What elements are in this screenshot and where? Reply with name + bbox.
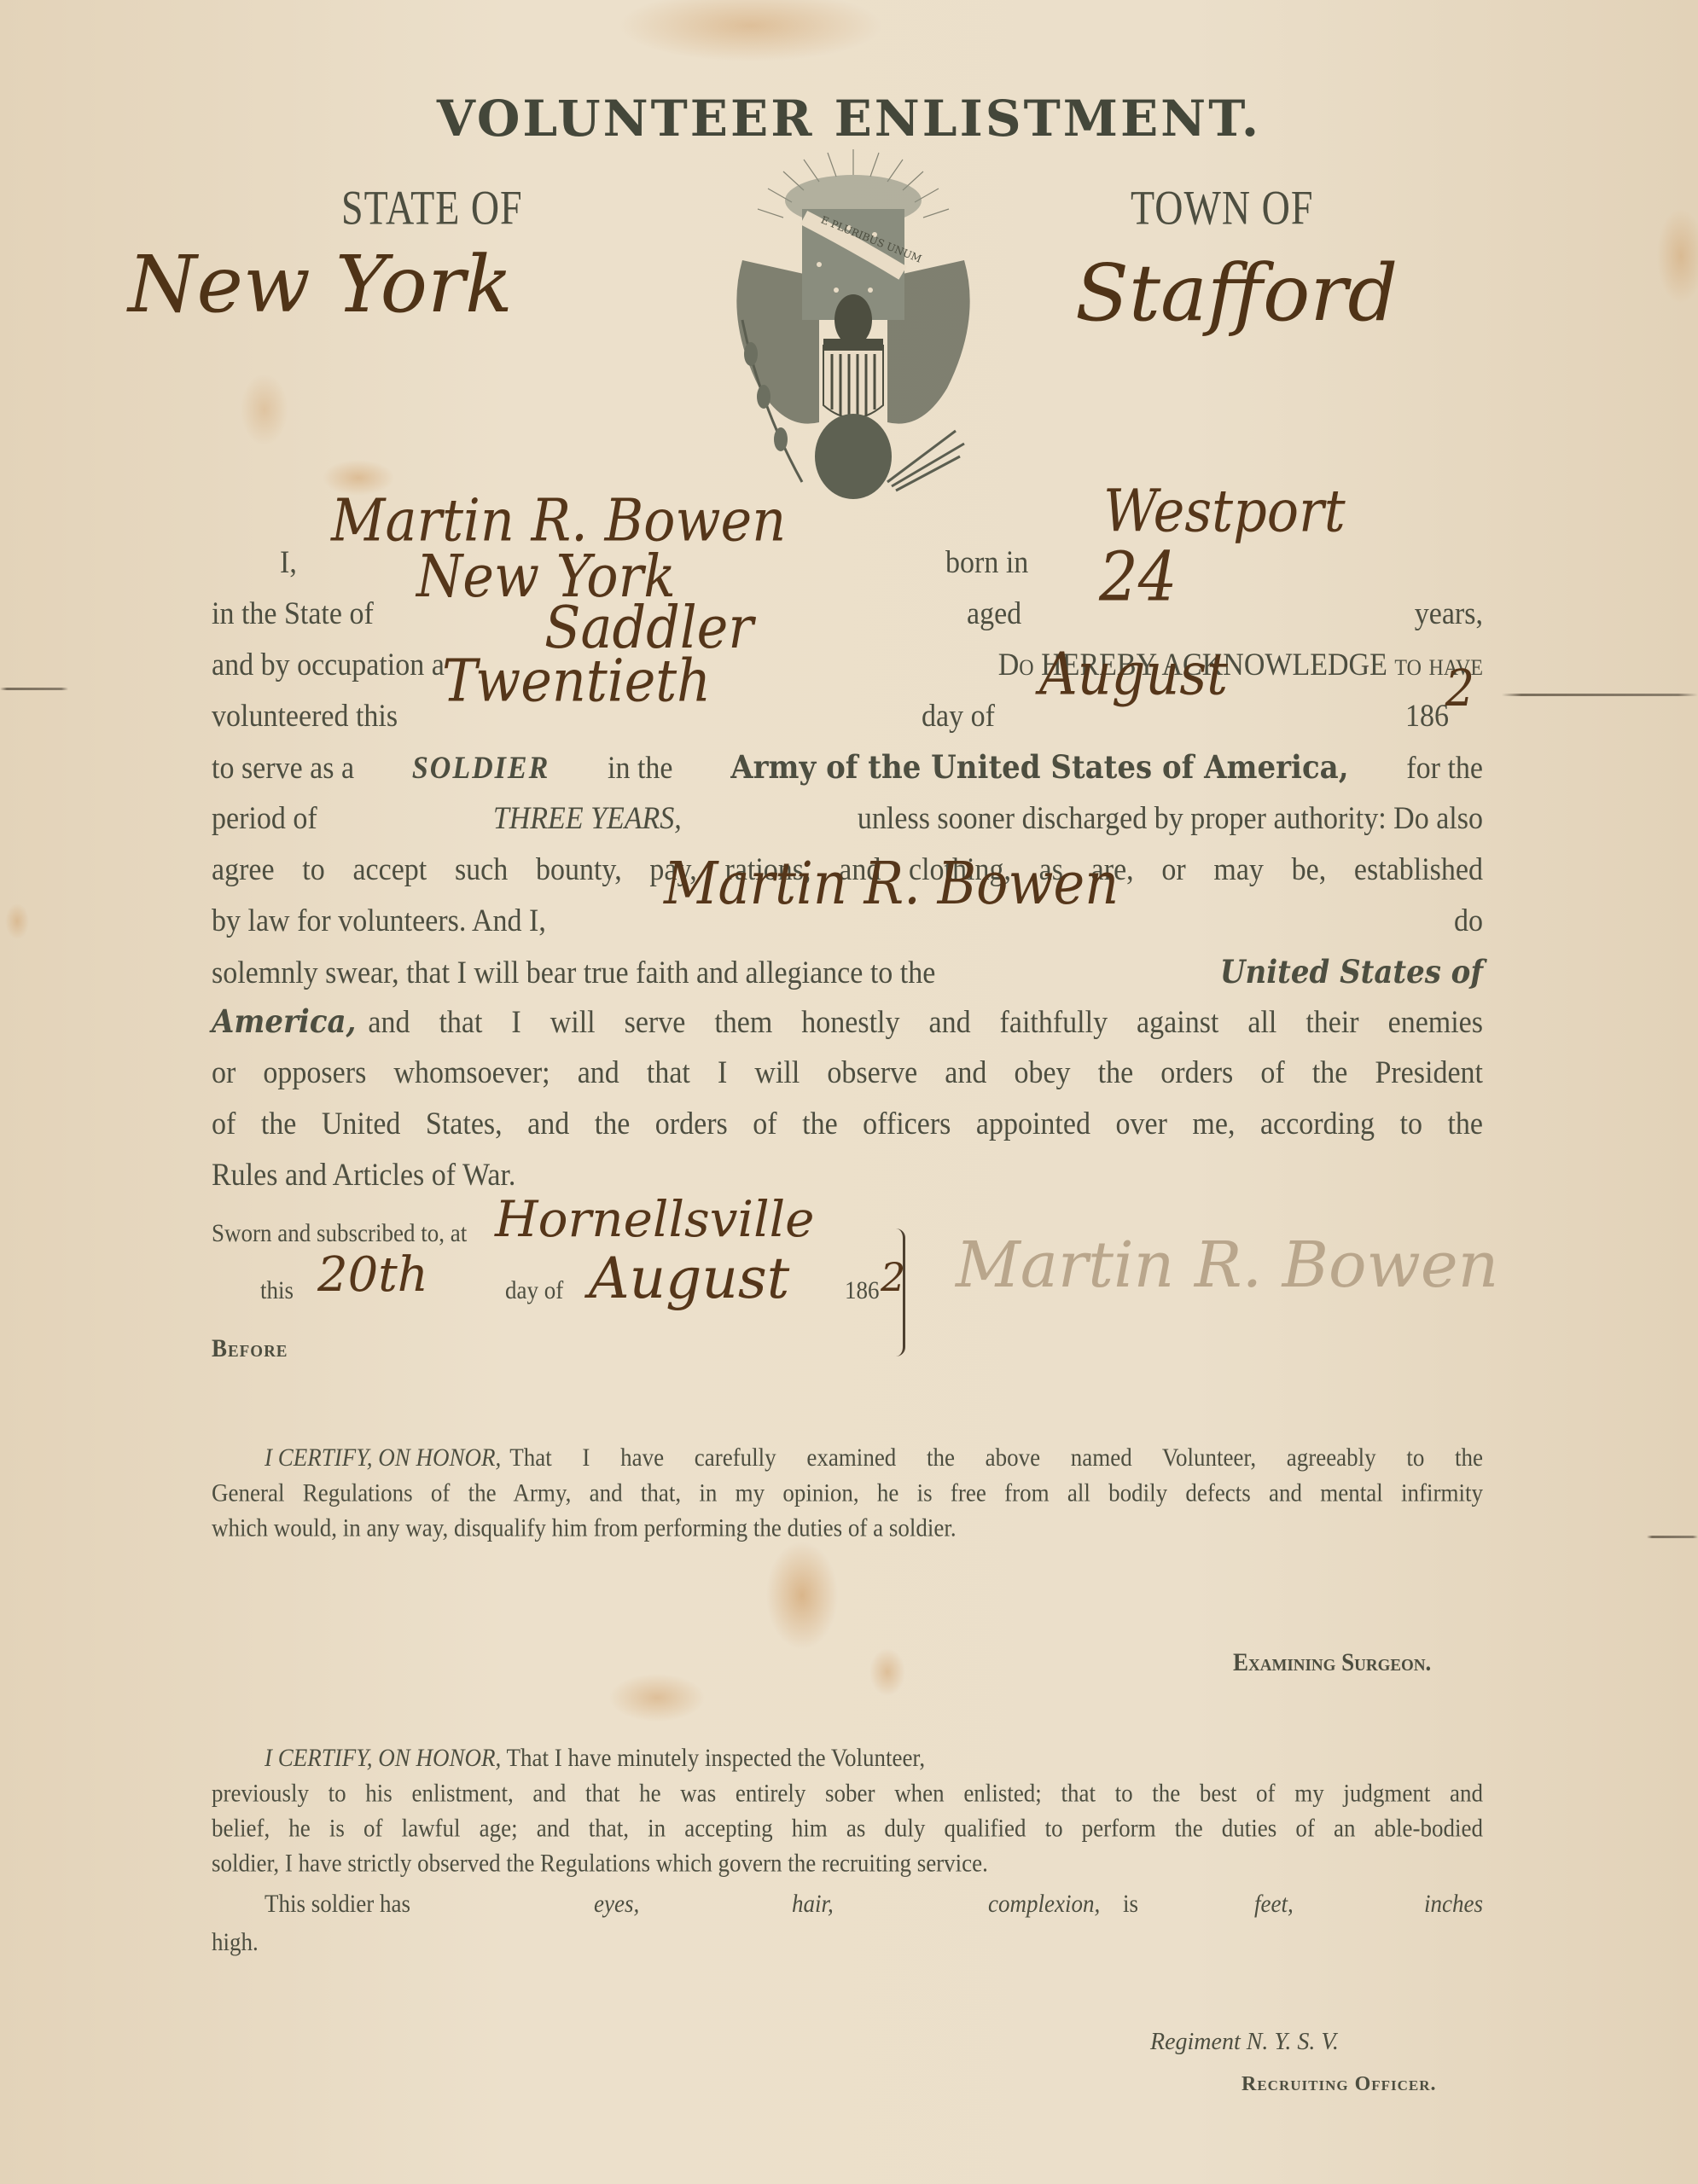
- desc-complexion: complexion,: [988, 1886, 1100, 1921]
- before-label: Before: [212, 1331, 288, 1366]
- town-value: Stafford: [1075, 247, 1398, 339]
- day-of-label: day of: [922, 698, 995, 735]
- volunteer-day: Twentieth: [442, 662, 711, 700]
- do-text: do: [1454, 903, 1483, 940]
- surgeon-certificate: I CERTIFY, ON HONOR, That I have careful…: [212, 1440, 1483, 1545]
- oath-bracket: [896, 1228, 905, 1356]
- officer-cert-line-4: soldier, I have strictly observed the Re…: [212, 1845, 1483, 1880]
- oath-name: Martin R. Bowen: [664, 865, 1119, 903]
- aged-label: aged: [967, 595, 1021, 633]
- occupation-label: and by occupation a: [212, 647, 445, 684]
- sworn-day: 20th: [317, 1247, 428, 1303]
- sworn-month: August: [589, 1246, 789, 1311]
- soldier-text: SOLDIER: [412, 750, 550, 787]
- swear-text: solemnly swear, that I will bear true fa…: [212, 955, 935, 992]
- regiment-label: Regiment N. Y. S. V.: [1150, 2029, 1339, 2056]
- recruiting-officer-label: Recruiting Officer.: [1242, 2073, 1437, 2096]
- serve-honestly-text: and that I will serve them honestly and …: [356, 1004, 1483, 1042]
- united-states-text: United States of: [1220, 954, 1483, 991]
- officer-cert-text-1: That I have minutely inspected the Volun…: [507, 1744, 926, 1771]
- sworn-label: Sworn and subscribed to, at: [212, 1216, 467, 1251]
- document-title: VOLUNTEER ENLISTMENT.: [0, 90, 1698, 148]
- enlistment-line-5: to serve as a SOLDIER in the Army of the…: [212, 749, 1483, 787]
- for-the-text: for the: [1406, 750, 1483, 787]
- enlistment-line-4: volunteered this Twentieth day of August…: [212, 698, 1483, 735]
- surgeon-cert-lead: I CERTIFY, ON HONOR,: [265, 1440, 501, 1475]
- volunteered-label: volunteered this: [212, 698, 398, 735]
- officer-cert-line-3: belief, he is of lawful age; and that, i…: [212, 1810, 1483, 1845]
- year-prefix: 186: [1405, 698, 1449, 735]
- state-label: STATE OF: [341, 179, 523, 235]
- occupation-value: Saddler: [544, 609, 753, 647]
- enlistment-line-8: by law for volunteers. And I, Martin R. …: [212, 903, 1483, 940]
- surgeon-cert-text-1: That I have carefully examined the above…: [501, 1440, 1483, 1475]
- eagle-seal-icon: E PLURIBUS UNUM: [708, 149, 998, 525]
- desc-lead: This soldier has: [265, 1886, 410, 1921]
- desc-feet: feet,: [1254, 1886, 1294, 1921]
- term-text: THREE YEARS,: [493, 800, 682, 838]
- sworn-day-of-label: day of: [505, 1273, 563, 1308]
- officer-cert-line-2: previously to his enlistment, and that h…: [212, 1775, 1483, 1810]
- town-label: TOWN OF: [1131, 179, 1313, 235]
- rules-text: Rules and Articles of War.: [212, 1157, 515, 1194]
- sworn-year-prefix: 186: [845, 1273, 880, 1308]
- age-value: 24: [1099, 558, 1178, 595]
- surgeon-cert-line-3: which would, in any way, disqualify him …: [212, 1510, 1483, 1545]
- desc-hair: hair,: [792, 1886, 834, 1921]
- enlistment-line-2: in the State of New York aged 24 years,: [212, 595, 1483, 633]
- discharge-text: unless sooner discharged by proper autho…: [858, 800, 1483, 838]
- desc-is: is: [1123, 1886, 1138, 1921]
- years-label: years,: [1415, 595, 1483, 633]
- fold-crease-left: [0, 688, 68, 690]
- by-law-text: by law for volunteers. And I,: [212, 903, 546, 940]
- period-of-text: period of: [212, 800, 317, 838]
- in-the-text: in the: [608, 750, 672, 787]
- enlistment-line-12: of the United States, and the orders of …: [212, 1106, 1483, 1143]
- enlistee-name: Martin R. Bowen: [331, 502, 786, 540]
- enlistment-line-10: America, and that I will serve them hone…: [212, 1003, 1483, 1042]
- enlistment-line-6: period of THREE YEARS, unless sooner dis…: [212, 800, 1483, 838]
- serve-text: to serve as a: [212, 750, 354, 787]
- enlistment-line-11: or opposers whomsoever; and that I will …: [212, 1054, 1483, 1092]
- army-text: Army of the United States of America,: [730, 749, 1348, 787]
- officer-cert-line-1: I CERTIFY, ON HONOR, That I have minutel…: [212, 1740, 1483, 1775]
- fold-crease-right-lower: [1647, 1536, 1698, 1538]
- soldier-description-line: This soldier has eyes, hair, complexion,…: [212, 1886, 1483, 1925]
- enlistment-line-13: Rules and Articles of War.: [212, 1157, 1483, 1194]
- state-of-label: in the State of: [212, 595, 374, 633]
- enlistment-line-1: I, Martin R. Bowen born in Westport: [212, 544, 1483, 582]
- america-text: America,: [212, 1003, 356, 1041]
- desc-inches: inches: [1424, 1886, 1483, 1921]
- i-prefix: I,: [212, 544, 297, 582]
- fold-crease-right: [1502, 694, 1698, 696]
- desc-high: high.: [212, 1925, 1483, 1960]
- sworn-place: Hornellsville: [495, 1190, 815, 1248]
- state-value: New York: [128, 239, 513, 330]
- volunteer-month: August: [1039, 656, 1228, 694]
- desc-eyes: eyes,: [594, 1886, 639, 1921]
- birth-state: New York: [416, 558, 676, 595]
- enlistment-line-3: and by occupation a Saddler Do HEREBY AC…: [212, 647, 1483, 684]
- officer-cert-lead: I CERTIFY, ON HONOR,: [265, 1744, 501, 1771]
- this-label: this: [260, 1273, 294, 1308]
- surgeon-cert-line-1: I CERTIFY, ON HONOR, That I have careful…: [212, 1440, 1483, 1475]
- enlistee-signature: Martin R. Bowen: [956, 1228, 1498, 1302]
- born-value: Westport: [1103, 493, 1346, 531]
- enlistment-line-9: solemnly swear, that I will bear true fa…: [212, 954, 1483, 992]
- year-suffix: 2: [1445, 670, 1474, 707]
- examining-surgeon-label: Examining Surgeon.: [1233, 1645, 1431, 1680]
- surgeon-cert-line-2: General Regulations of the Army, and tha…: [212, 1475, 1483, 1510]
- born-label: born in: [945, 544, 1028, 582]
- officer-certificate: I CERTIFY, ON HONOR, That I have minutel…: [212, 1740, 1483, 1960]
